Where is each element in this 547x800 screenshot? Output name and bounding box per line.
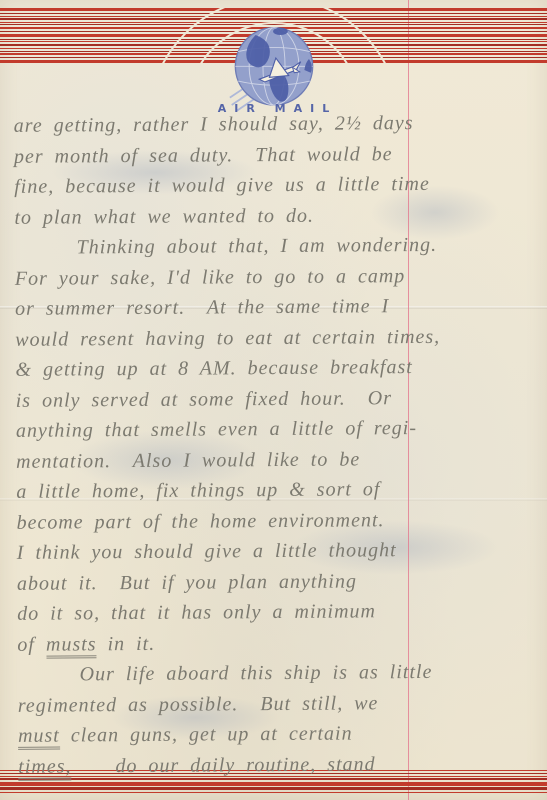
letter-paper: AIR MAIL are getting, rather I should sa… (0, 0, 547, 800)
letter-text-segment: mentation. Also I would like to be (16, 448, 360, 472)
letter-line: must clean guns, get up at certain (18, 717, 543, 751)
letter-line: times, do our daily routine, stand (18, 748, 543, 782)
letter-text-segment: do our daily routine, stand (71, 753, 375, 777)
letter-text-segment: is only served at some fixed hour. Or (16, 387, 392, 412)
letter-line: & getting up at 8 AM. because breakfast (15, 351, 540, 385)
letter-text-segment: become part of the home environment. (16, 509, 384, 534)
underlined-word: musts (46, 633, 97, 658)
letter-text-segment: of (17, 633, 46, 655)
letter-line: I think you should give a little thought (17, 534, 542, 568)
letter-text-segment: anything that smells even a little of re… (16, 417, 417, 442)
letter-text-segment: per month of sea duty. That would be (14, 143, 393, 168)
letter-line: are getting, rather I should say, 2½ day… (14, 107, 539, 141)
letter-line: do it so, that it has only a minimum (17, 595, 542, 629)
letter-line: would resent having to eat at certain ti… (15, 321, 540, 355)
letter-text-segment: clean guns, get up at certain (60, 722, 353, 746)
letter-text-segment: about it. But if you plan anything (17, 570, 357, 594)
letter-text-segment: regimented as possible. But still, we (18, 692, 379, 717)
red-stripe (0, 782, 547, 786)
letter-line: become part of the home environment. (16, 504, 541, 538)
red-stripe (0, 787, 547, 790)
letter-text-segment: are getting, rather I should say, 2½ day… (14, 112, 414, 137)
letter-text-segment: would resent having to eat at certain ti… (15, 325, 440, 350)
letter-text-segment: in it. (96, 632, 155, 654)
letter-text-segment: Thinking about that, I am wondering. (77, 234, 438, 259)
letter-line: or summer resort. At the same time I (15, 290, 540, 324)
letter-text-segment: I think you should give a little thought (17, 539, 397, 564)
letter-text-segment: fine, because it would give us a little … (14, 173, 430, 198)
red-stripe (0, 792, 547, 793)
letter-line: For your sake, I'd like to go to a camp (15, 260, 540, 294)
letter-text-segment: Our life aboard this ship is as little (80, 661, 433, 685)
letter-text-segment: & getting up at 8 AM. because breakfast (15, 356, 412, 381)
letter-text-segment: a little home, fix things up & sort of (16, 478, 380, 503)
letter-line: anything that smells even a little of re… (16, 412, 541, 446)
letter-line: a little home, fix things up & sort of (16, 473, 541, 507)
letter-line: to plan what we wanted to do. (14, 199, 539, 233)
letter-line: regimented as possible. But still, we (18, 687, 543, 721)
letter-text-segment: For your sake, I'd like to go to a camp (15, 265, 406, 290)
letter-line: about it. But if you plan anything (17, 565, 542, 599)
letter-line: is only served at some fixed hour. Or (16, 382, 541, 416)
letter-line: fine, because it would give us a little … (14, 168, 539, 202)
underlined-word: must (18, 725, 60, 750)
underlined-word: times, (18, 755, 71, 780)
letter-line: Our life aboard this ship is as little (17, 656, 542, 690)
letter-line: of musts in it. (17, 626, 542, 660)
letter-line: mentation. Also I would like to be (16, 443, 541, 477)
letter-line: Thinking about that, I am wondering. (15, 229, 540, 263)
letter-body: are getting, rather I should say, 2½ day… (14, 107, 544, 782)
letter-text-segment: to plan what we wanted to do. (14, 204, 314, 228)
letter-text-segment: or summer resort. At the same time I (15, 295, 389, 320)
letter-text-segment: do it so, that it has only a minimum (17, 600, 376, 625)
letter-line: per month of sea duty. That would be (14, 138, 539, 172)
